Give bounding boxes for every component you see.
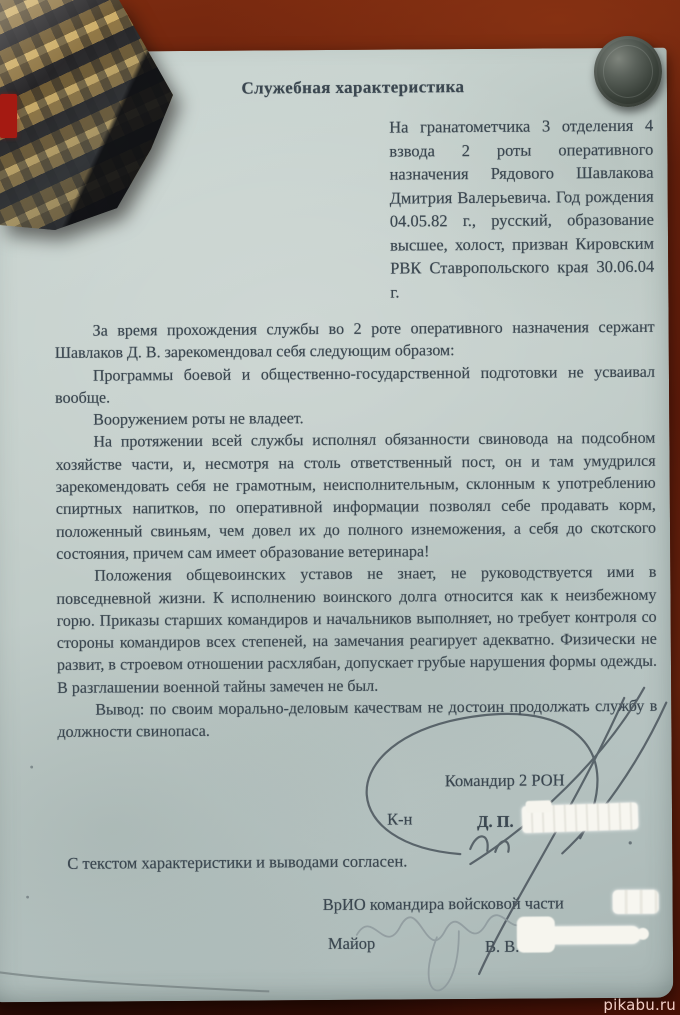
addressee-block: На гранатометчика 3 отделения 4 взвода 2… — [389, 114, 654, 304]
coin — [594, 36, 662, 107]
approver-initials: В. В. — [485, 937, 520, 957]
pack-red-detail — [0, 94, 17, 138]
redaction-commander-surname — [522, 802, 639, 833]
cigarette-pack-body — [0, 0, 180, 232]
body-paragraph: За время прохождения службы во 2 роте оп… — [55, 317, 655, 366]
body-paragraph: На протяжении всей службы исполнял обяза… — [55, 428, 656, 566]
redaction-unit-number — [613, 890, 659, 914]
commander-initials: Д. П. — [477, 812, 514, 832]
conclusion-paragraph: Вывод: по своим морально-деловым качеств… — [57, 696, 657, 745]
commander-post-line: Командир 2 РОН — [445, 770, 565, 791]
approver-rank: Майор — [328, 934, 375, 954]
commander-rank: К-н — [387, 809, 412, 829]
photo-of-document-on-desk: Служебная характеристика На гранатометчи… — [0, 0, 680, 1015]
body-paragraph: Программы боевой и общественно-государст… — [55, 361, 655, 410]
cigarette-pack — [0, 0, 180, 232]
redaction-approver-surname — [519, 926, 641, 945]
agreement-line: С текстом характеристики и выводами согл… — [67, 851, 407, 873]
approver-post-line: ВрИО командира войсковой части — [323, 893, 564, 915]
document-body: За время прохождения службы во 2 роте оп… — [55, 317, 658, 745]
pen-marks-and-crease — [0, 761, 633, 993]
body-paragraph: Положения общевоинских уставов не знает,… — [56, 562, 657, 700]
watermark: pikabu.ru — [603, 996, 676, 1014]
